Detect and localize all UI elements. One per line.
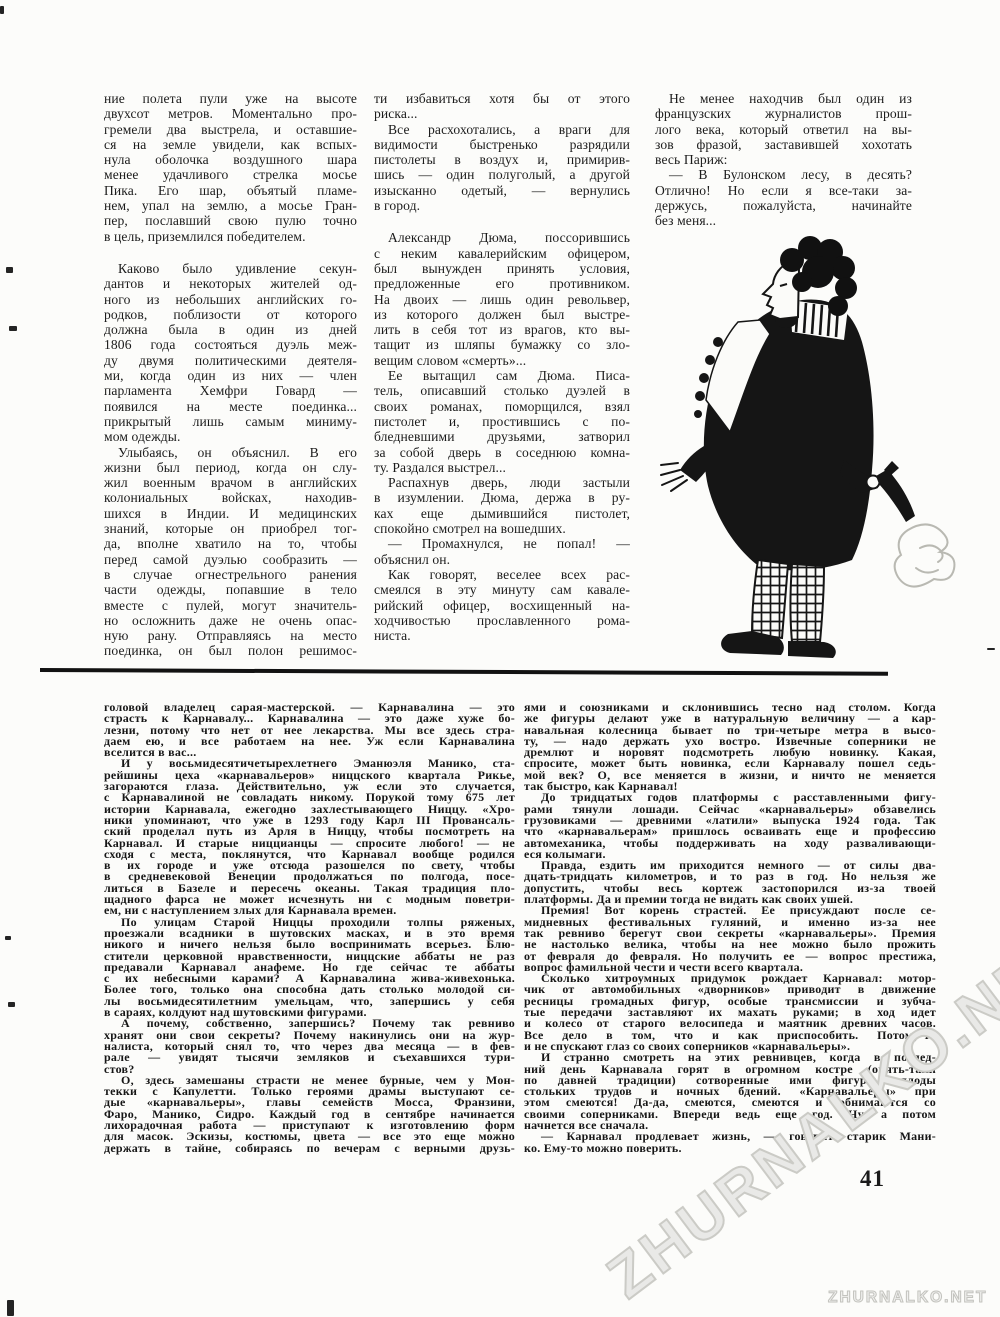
bottom-text-column-right: ями и союзниками и склонившись тесно над… bbox=[524, 702, 936, 1154]
text-line: нула оболочка воздушного шара bbox=[104, 152, 357, 167]
text-line: парламента Хемфри Говард — bbox=[104, 383, 357, 398]
text-line: в случае огнестрельного ранения bbox=[104, 567, 357, 582]
text-line: видимости быстренько разрядили bbox=[374, 137, 630, 152]
text-line: предложенные его противником. bbox=[374, 276, 630, 291]
text-line: нем, упал на землю, а мосье Гран- bbox=[104, 198, 357, 213]
text-line: жил военным врачом в английских bbox=[104, 475, 357, 490]
text-line: в цель, приземлился победителем. bbox=[104, 229, 357, 244]
paragraph: Как говорят, веселее всех рас-смеялся в … bbox=[374, 567, 630, 643]
text-line: риска... bbox=[374, 106, 630, 121]
text-line: должна была в один из дней bbox=[104, 322, 357, 337]
text-line: ную рану. Отправляясь на место bbox=[104, 628, 357, 643]
text-line: — Промахнулся, не попал! — bbox=[374, 536, 630, 551]
paragraph: ями и союзниками и склонившись тесно над… bbox=[524, 702, 936, 792]
text-line: французских журналистов прош- bbox=[655, 106, 912, 121]
text-line: ного из небольших английских го- bbox=[104, 292, 357, 307]
text-line: Как говорят, веселее всех рас- bbox=[374, 567, 630, 582]
text-line: да, вполне хватило на то, чтобы bbox=[104, 536, 357, 551]
text-line: ках еще дымившийся пистолет, bbox=[374, 506, 630, 521]
paragraph: ние полета пули уже на высотедвухсот мет… bbox=[104, 91, 357, 244]
text-line: без меня... bbox=[655, 213, 912, 228]
text-line: бледневшими друзьями, затворил bbox=[374, 429, 630, 444]
text-line: Каково было удивление секун- bbox=[104, 261, 357, 276]
text-line: ниста. bbox=[374, 628, 630, 643]
text-line: Распахнув дверь, люди застыли bbox=[374, 475, 630, 490]
text-line: ко. Ему-то можно поверить. bbox=[524, 1143, 936, 1154]
text-line: Ее вытащил сам Дюма. Писа- bbox=[374, 368, 630, 383]
text-line: ти избавиться хотя бы от этого bbox=[374, 91, 630, 106]
text-line: менее удачливого стрелка мосье bbox=[104, 167, 357, 182]
ink-speck bbox=[6, 267, 13, 273]
ink-speck bbox=[7, 1300, 14, 1316]
paragraph: Сколько хитроумных придумок рождает Карн… bbox=[524, 973, 936, 1052]
text-line: появился на месте поединка... bbox=[104, 399, 357, 414]
text-line: мом одежды. bbox=[104, 429, 357, 444]
text-line: Улыбаясь, он объяснил. В его bbox=[104, 445, 357, 460]
paragraph: Правда, ездить им приходится немного — о… bbox=[524, 860, 936, 905]
paragraph: А почему, собственно, запершись? Почему … bbox=[104, 1018, 515, 1074]
text-line: знаний, которые он приобрел тог- bbox=[104, 521, 357, 536]
text-line: ходчивостью прославленного рома- bbox=[374, 613, 630, 628]
text-line: колониальных войсках, находив- bbox=[104, 490, 357, 505]
text-line: но осложнить даже не очень опас- bbox=[104, 613, 357, 628]
paragraph: Александр Дюма, поссорившисьс неким кава… bbox=[374, 230, 630, 368]
text-line: Все расхохотались, а враги для bbox=[374, 122, 630, 137]
paragraph: Ее вытащил сам Дюма. Писа-тель, описавши… bbox=[374, 368, 630, 475]
text-line: с неким кавалерийским офицером, bbox=[374, 246, 630, 261]
text-line: из которого должен был выстре- bbox=[374, 307, 630, 322]
magazine-page: ние полета пули уже на высотедвухсот мет… bbox=[0, 0, 1000, 1317]
text-line: прикрытый лишь самым миниму- bbox=[104, 414, 357, 429]
text-line: рийский офицер, восхищенный на- bbox=[374, 598, 630, 613]
text-line: зов фразой, заставившей хохотать bbox=[655, 137, 912, 152]
top-text-column-2: ти избавиться хотя бы от этогориска...Вс… bbox=[374, 91, 630, 643]
paragraph: Все расхохотались, а враги длявидимости … bbox=[374, 122, 630, 214]
text-line: пер, пославший свою пулю точно bbox=[104, 213, 357, 228]
text-line: тель, описавший столько дуэлей в bbox=[374, 383, 630, 398]
text-line: держусь, пожалуйста, начинайте bbox=[655, 198, 912, 213]
text-line: держать в тайне, собираясь по вечерам с … bbox=[104, 1143, 515, 1154]
text-line: Не менее находчив был один из bbox=[655, 91, 912, 106]
text-line: — В Булонском лесу, в десять? bbox=[655, 167, 912, 182]
text-line: 1806 года состояться дуэль меж- bbox=[104, 337, 357, 352]
text-line: пистолеты в воздух и, примирив- bbox=[374, 152, 630, 167]
text-line: Пика. Его шар, объятый пламе- bbox=[104, 183, 357, 198]
text-line: за собой дверь в соседнюю комна- bbox=[374, 445, 630, 460]
text-line: своих романах, поморщился, взял bbox=[374, 399, 630, 414]
paragraph: И у восьмидесятичетырехлетнего Эманюэля … bbox=[104, 758, 515, 916]
ink-speck bbox=[8, 1002, 15, 1007]
text-line: части одежды, попавшие в тело bbox=[104, 582, 357, 597]
paragraph: И странно смотреть на этих ревнивцев, ко… bbox=[524, 1052, 936, 1131]
ink-speck bbox=[5, 936, 11, 940]
text-line: тащит из шляпы бумажку со зло- bbox=[374, 337, 630, 352]
text-line: объяснил он. bbox=[374, 552, 630, 567]
text-line: ние полета пули уже на высоте bbox=[104, 91, 357, 106]
text-line: На двоих — лишь один револьвер, bbox=[374, 292, 630, 307]
text-line: в город. bbox=[374, 198, 630, 213]
text-line: дантов и некоторых жителей од- bbox=[104, 276, 357, 291]
corner-watermark: ZHURNALKO.NET bbox=[828, 1289, 987, 1307]
text-line: ми, когда один из них — член bbox=[104, 368, 357, 383]
paragraph: Каково было удивление секун-дантов и нек… bbox=[104, 261, 357, 445]
paragraph: ти избавиться хотя бы от этогориска... bbox=[374, 91, 630, 122]
text-line: шихся в Индии. И медицинских bbox=[104, 506, 357, 521]
top-text-column-3: Не менее находчив был один изфранцузских… bbox=[655, 91, 912, 229]
paragraph: — Промахнулся, не попал! —объяснил он. bbox=[374, 536, 630, 567]
text-line: ду двумя политическими деятеля- bbox=[104, 353, 357, 368]
text-line: перед самой дуэлью сообразить — bbox=[104, 552, 357, 567]
text-line: родков, поблизости от которого bbox=[104, 307, 357, 322]
ink-speck bbox=[0, 6, 4, 14]
paragraph: — Карнавал продлевает жизнь, — говорит с… bbox=[524, 1131, 936, 1154]
text-line: Александр Дюма, поссорившись bbox=[374, 230, 630, 245]
text-line: жизни был период, когда он слу- bbox=[104, 460, 357, 475]
text-line: изысканно одетый, — вернулись bbox=[374, 183, 630, 198]
text-line: был вынужден принять условия, bbox=[374, 261, 630, 276]
ink-speck bbox=[9, 326, 17, 331]
paragraph: О, здесь замешаны страсти не менее бурны… bbox=[104, 1075, 515, 1154]
text-line: шись — один полуголый, а другой bbox=[374, 167, 630, 182]
bottom-text-column-left: головой владелец сарая-мастерской. — Кар… bbox=[104, 702, 515, 1154]
text-line: в изумлении. Дюма, держа в ру- bbox=[374, 490, 630, 505]
text-line: смеялся в эту минуту сам кавале- bbox=[374, 582, 630, 597]
page-number: 41 bbox=[860, 1166, 885, 1192]
text-line: вещим словом «смерть»... bbox=[374, 353, 630, 368]
ink-speck bbox=[987, 648, 995, 650]
text-line: двухсот метров. Моментально про- bbox=[104, 106, 357, 121]
text-line: лить в себя тот из врагов, кто вы- bbox=[374, 322, 630, 337]
text-line: пистолет и, простившись с по- bbox=[374, 414, 630, 429]
paragraph: Распахнув дверь, люди застылив изумлении… bbox=[374, 475, 630, 536]
paragraph: До тридцатых годов платформы с расставле… bbox=[524, 792, 936, 860]
text-line: ту. Раздался выстрел... bbox=[374, 460, 630, 475]
text-line: поединка, он был полон решимос- bbox=[104, 643, 357, 658]
paragraph: Не менее находчив был один изфранцузских… bbox=[655, 91, 912, 167]
text-line: Отлично! Но если я все-таки за- bbox=[655, 183, 912, 198]
text-line: рале — увидят тысячи земляков и съехавши… bbox=[104, 1052, 515, 1063]
top-text-column-1: ние полета пули уже на высотедвухсот мет… bbox=[104, 91, 357, 659]
text-line: лого века, который ответил на вы- bbox=[655, 122, 912, 137]
paragraph: головой владелец сарая-мастерской. — Кар… bbox=[104, 702, 515, 758]
text-line: ся на земле увидели, как вспых- bbox=[104, 137, 357, 152]
text-line: вместе с пулей, могут значитель- bbox=[104, 598, 357, 613]
paragraph: Улыбаясь, он объяснил. В егожизни был пе… bbox=[104, 445, 357, 659]
paragraph: Премия! Вот корень страстей. Ее присужда… bbox=[524, 905, 936, 973]
paragraph: — В Булонском лесу, в десять?Отлично! Но… bbox=[655, 167, 912, 228]
text-line: спокойно смотрел на вошедших. bbox=[374, 521, 630, 536]
dumas-caricature-illustration bbox=[640, 230, 1000, 670]
paragraph: По улицам Старой Ниццы проходили толпы р… bbox=[104, 917, 515, 1019]
text-line: весь Париж: bbox=[655, 152, 912, 167]
text-line: гремели два выстрела, и оставшие- bbox=[104, 122, 357, 137]
